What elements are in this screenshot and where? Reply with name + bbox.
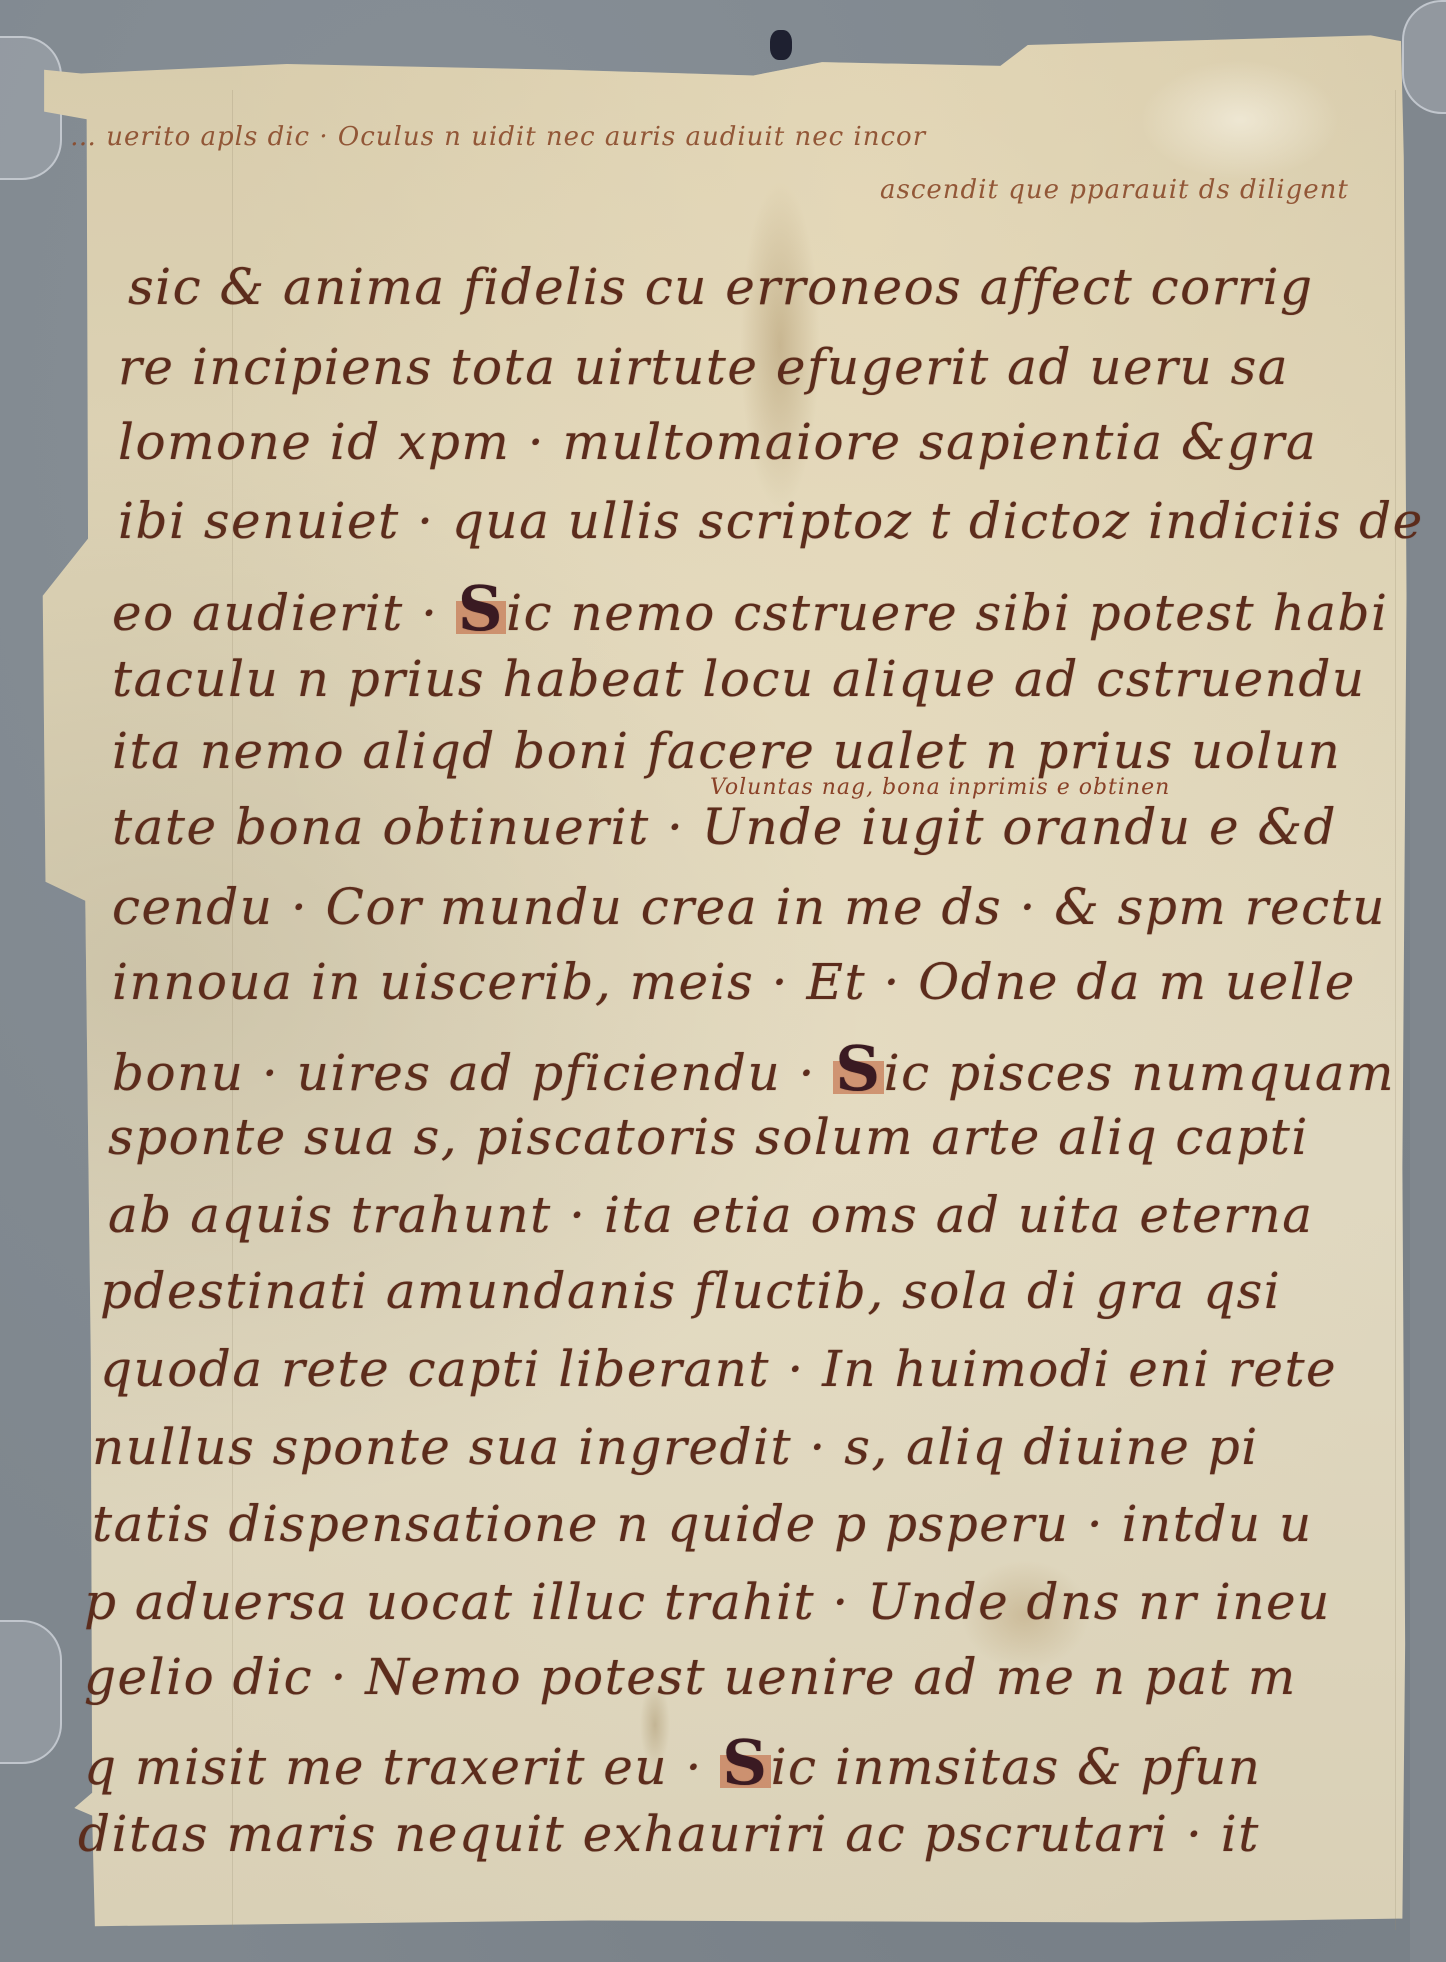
line-text: pdestinati amundanis fluctib, sola di gr… <box>100 1262 1281 1320</box>
top-gloss-line-2: ascendit que pparauit ds diligent <box>880 175 1349 205</box>
line-text: sic & anima fidelis cu erroneos affect c… <box>128 258 1314 316</box>
text-line-1: sic & anima fidelis cu erroneos affect c… <box>128 258 1446 316</box>
line-text: tatis dispensatione n quide p psperu · i… <box>92 1495 1313 1553</box>
text-line-17: tatis dispensatione n quide p psperu · i… <box>92 1495 1412 1553</box>
line-text: nullus sponte sua ingredit · s, aliq diu… <box>92 1418 1259 1476</box>
line-text: tate bona obtinuerit · Unde iugit orandu… <box>112 798 1337 856</box>
rubricated-initial: S <box>720 1726 770 1799</box>
line-text: q misit me traxerit eu · <box>84 1738 720 1796</box>
line-text: gelio dic · Nemo potest uenire ad me n p… <box>84 1648 1297 1706</box>
rubricated-initial: S <box>833 1032 883 1105</box>
line-text: eo audierit · <box>112 584 456 642</box>
line-text: sponte sua s, piscatoris solum arte aliq… <box>108 1108 1309 1166</box>
text-line-15: quoda rete capti liberant · In huimodi e… <box>100 1340 1420 1398</box>
rubricated-initial: S <box>456 572 506 645</box>
text-line-21: ditas maris nequit exhauriri ac pscrutar… <box>78 1805 1398 1863</box>
line-text: re incipiens tota uirtute efugerit ad ue… <box>118 338 1289 396</box>
text-line-13: ab aquis trahunt · ita etia oms ad uita … <box>108 1186 1428 1244</box>
text-line-19: gelio dic · Nemo potest uenire ad me n p… <box>84 1648 1404 1706</box>
text-line-7: ita nemo aliqd boni facere ualet n prius… <box>112 722 1432 780</box>
text-line-12: sponte sua s, piscatoris solum arte aliq… <box>108 1108 1428 1166</box>
line-text: innoua in uiscerib, meis · Et · Odne da … <box>112 953 1356 1011</box>
line-text: p aduersa uocat illuc trahit · Unde dns … <box>84 1573 1331 1631</box>
line-text: ditas maris nequit exhauriri ac pscrutar… <box>78 1805 1260 1863</box>
line-text: ic inmsitas & pfun <box>771 1738 1262 1796</box>
line-text: ita nemo aliqd boni facere ualet n prius… <box>112 722 1341 780</box>
line-text: taculu n prius habeat locu alique ad cst… <box>112 650 1366 708</box>
text-line-6: taculu n prius habeat locu alique ad cst… <box>112 650 1432 708</box>
text-line-3: lomone id xpm · multomaiore sapientia &g… <box>118 413 1438 471</box>
text-line-18: p aduersa uocat illuc trahit · Unde dns … <box>84 1573 1404 1631</box>
text-line-16: nullus sponte sua ingredit · s, aliq diu… <box>92 1418 1412 1476</box>
text-line-4: ibi senuiet · qua ullis scriptoz t dicto… <box>118 492 1438 550</box>
text-line-8: tate bona obtinuerit · Unde iugit orandu… <box>112 798 1432 856</box>
line-text: cendu · Cor mundu crea in me ds · & spm … <box>112 878 1386 936</box>
line-text: ic pisces numquam <box>884 1044 1395 1102</box>
line-text: lomone id xpm · multomaiore sapientia &g… <box>118 413 1317 471</box>
text-line-11: bonu · uires ad pficiendu · Sic pisces n… <box>112 1032 1432 1105</box>
text-line-5: eo audierit · Sic nemo cstruere sibi pot… <box>112 572 1432 645</box>
text-line-10: innoua in uiscerib, meis · Et · Odne da … <box>112 953 1432 1011</box>
line-text: ic nemo cstruere sibi potest habi <box>506 584 1388 642</box>
text-line-2: re incipiens tota uirtute efugerit ad ue… <box>118 338 1438 396</box>
text-line-20: q misit me traxerit eu · Sic inmsitas & … <box>84 1726 1404 1799</box>
line-text: ibi senuiet · qua ullis scriptoz t dicto… <box>118 492 1424 550</box>
text-line-9: cendu · Cor mundu crea in me ds · & spm … <box>112 878 1432 936</box>
line-text: bonu · uires ad pficiendu · <box>112 1044 833 1102</box>
manuscript-text: … uerito apls dic · Oculus n uidit nec a… <box>0 0 1446 1962</box>
text-line-14: pdestinati amundanis fluctib, sola di gr… <box>100 1262 1420 1320</box>
interlinear-gloss: Voluntas nag, bona inprimis e obtinen <box>710 775 1170 800</box>
line-text: quoda rete capti liberant · In huimodi e… <box>100 1340 1337 1398</box>
top-gloss-line-1: … uerito apls dic · Oculus n uidit nec a… <box>70 122 926 152</box>
line-text: ab aquis trahunt · ita etia oms ad uita … <box>108 1186 1314 1244</box>
